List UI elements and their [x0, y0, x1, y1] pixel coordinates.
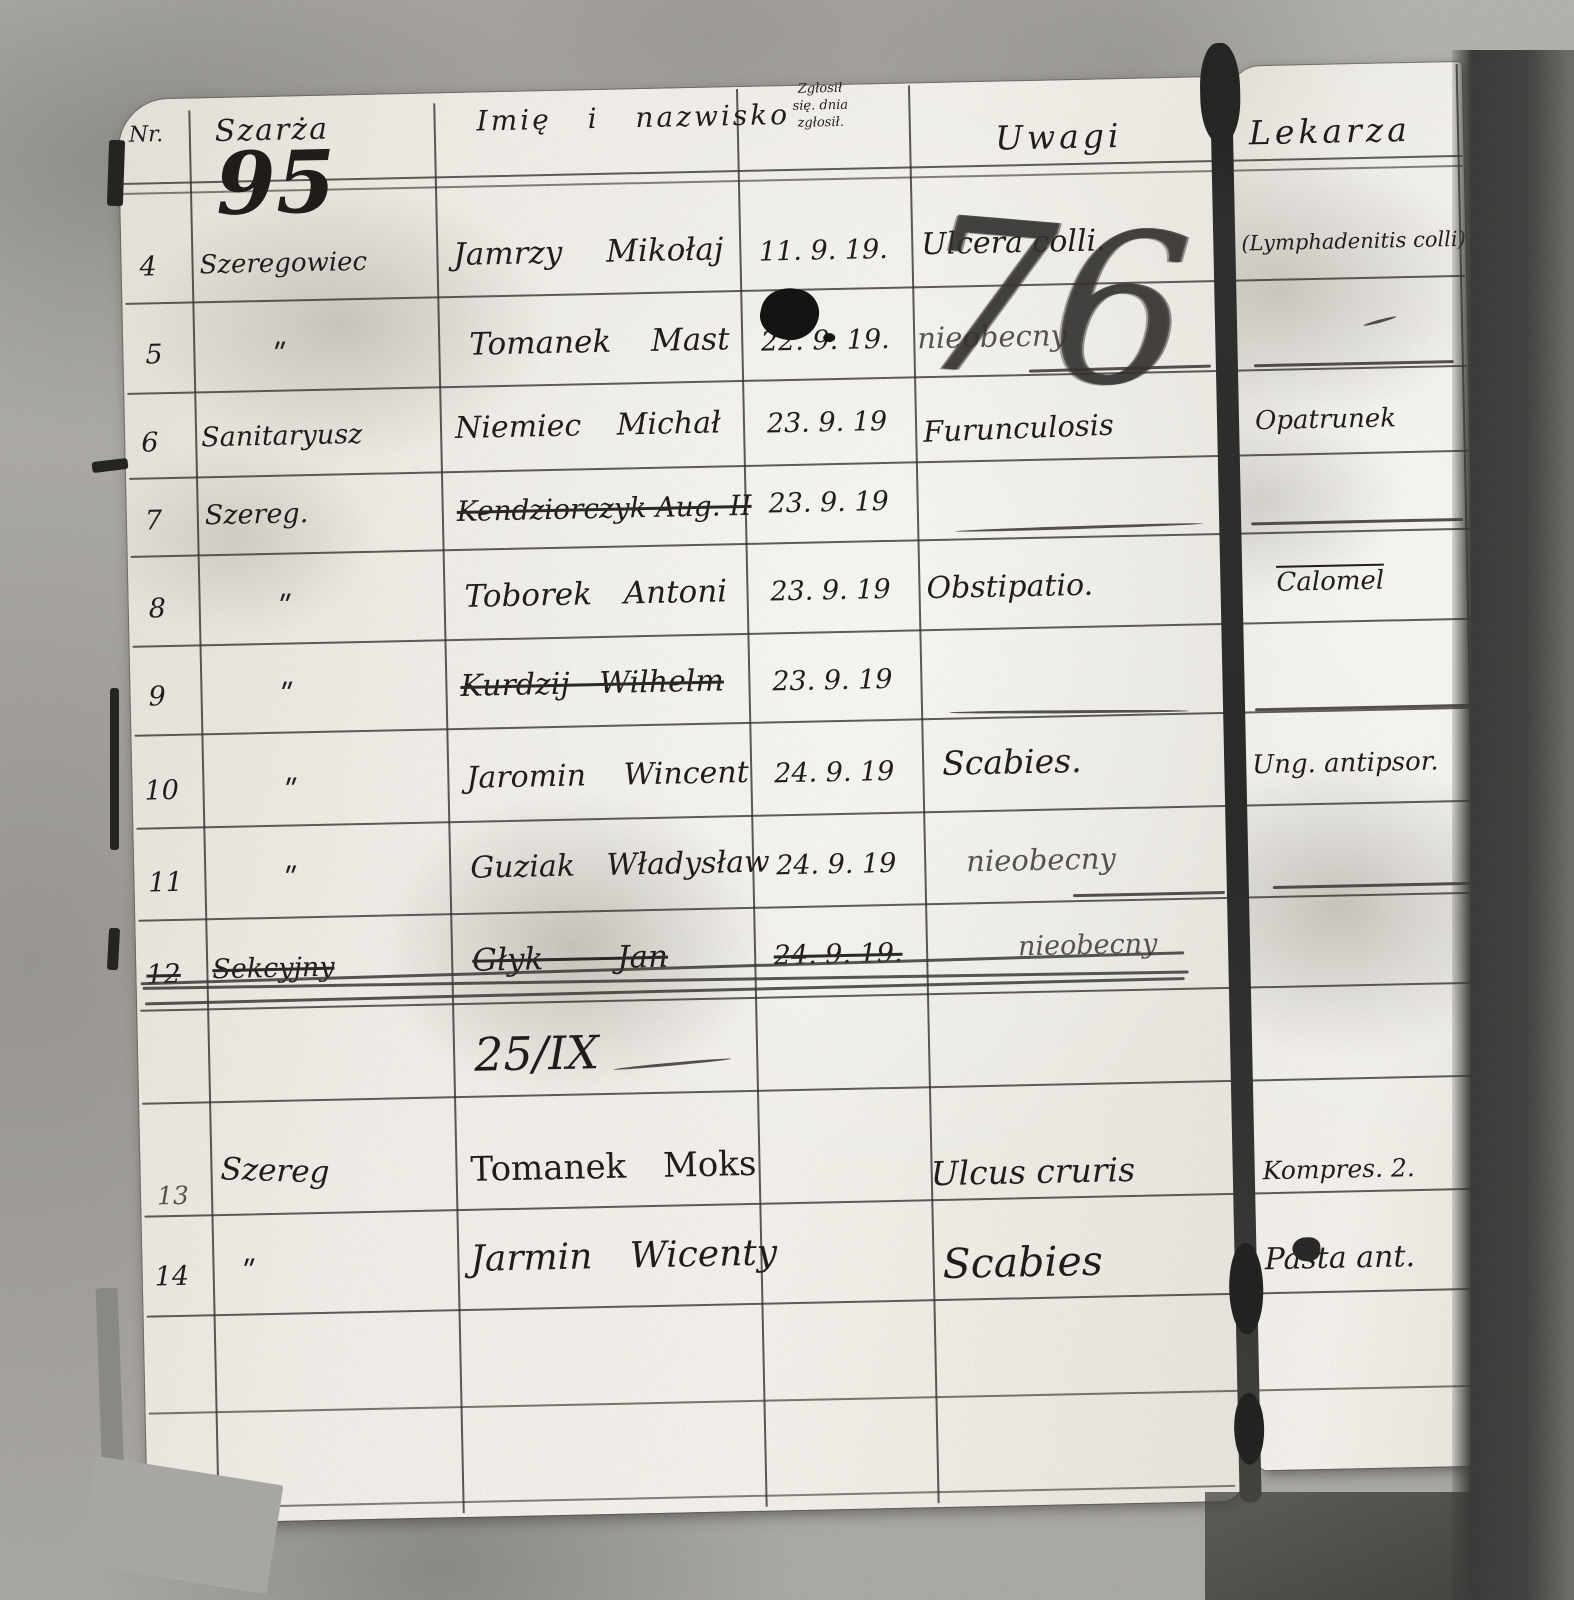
row-10-name: Jaromin Wincent: [466, 757, 749, 794]
row-14-name: Jarmin Wicenty: [470, 1234, 777, 1278]
row-4-treatment: (Lymphadenitis colli): [1241, 228, 1466, 255]
row-9-date: 23. 9. 19: [752, 665, 913, 697]
row-10-remarks: Scabies.: [942, 744, 1082, 782]
row-4-date: 11. 9. 19.: [743, 236, 904, 268]
row-6-name: Niemiec Michał: [455, 407, 721, 444]
row-5-name: Tomanek Mast: [469, 323, 730, 361]
row-8-treatment: Calomel: [1276, 568, 1384, 598]
row-10-date: 24. 9. 19: [754, 757, 915, 789]
page-edge-mark-2: [107, 140, 125, 207]
row-13-remarks: Ulcus cruris: [930, 1153, 1135, 1192]
page-edge-mark-4: [107, 928, 120, 971]
row-4-rank: Szeregowiec: [199, 249, 367, 280]
row-9-nr: 9: [148, 683, 166, 712]
ledger-page: Nr. Szarża Imię i nazwisko Zgłosił się. …: [118, 68, 1501, 1576]
row-7-name: Kendziorczyk Aug. II: [456, 491, 751, 527]
interline-note: 25/IX: [474, 1028, 600, 1079]
pencil-scribble: 76: [909, 170, 1198, 439]
row-8-name: Toborek Antoni: [464, 575, 727, 613]
row-10-nr: 10: [144, 777, 179, 806]
row-7-date: 23. 9. 19: [748, 488, 909, 520]
row-8-rank: ʺ: [278, 592, 292, 624]
binding-blot-top: [1199, 43, 1241, 144]
photo-shadow-bottom-right: [1205, 1492, 1485, 1600]
header-col-nr: Nr.: [129, 123, 164, 147]
row-11-rank: ʺ: [284, 864, 298, 896]
row-11-name: Guziak Władysław: [470, 847, 770, 885]
row-11-nr: 11: [148, 869, 183, 898]
row-11-date: 24. 9. 19: [756, 849, 917, 881]
header-col-date: Zgłosił się. dnia zgłosił.: [738, 80, 903, 134]
row-8-nr: 8: [148, 595, 166, 624]
row-14-treatment: Pasta ant.: [1264, 1241, 1415, 1276]
row-9-rank: ʺ: [280, 680, 294, 712]
row-7-rank: Szereg.: [205, 500, 309, 531]
page-edge-mark-3: [110, 688, 119, 850]
row-12-date: 24. 9. 19.: [758, 939, 919, 971]
row-11-remarks: nieobecny: [966, 843, 1116, 877]
row-6-date: 23. 9. 19: [747, 408, 908, 440]
row-6-treatment: Opatrunek: [1255, 405, 1397, 435]
row-7-nr: 7: [145, 507, 163, 536]
row-5-nr: 5: [145, 341, 163, 370]
register-photo: Nr. Szarża Imię i nazwisko Zgłosił się. …: [0, 0, 1574, 1600]
page-edge-mark-1: [91, 458, 128, 473]
header-col-date-line3: zgłosił.: [739, 113, 903, 133]
row-13-name: Tomanek Moks: [470, 1147, 756, 1189]
row-10-rank: ʺ: [284, 776, 298, 808]
row-10-treatment: Ung. antipsor.: [1252, 748, 1439, 779]
page-number: 95: [215, 137, 337, 230]
row-14-nr: 14: [154, 1263, 189, 1292]
photo-shadow-band: [1452, 50, 1574, 1600]
row-6-nr: 6: [141, 429, 159, 458]
row-9-name: Kurdzij Wilhelm: [460, 665, 724, 702]
row-5-rank: ʺ: [273, 341, 287, 373]
row-13-rank: Szereg: [220, 1153, 330, 1189]
row-14-rank: ʺ: [242, 1257, 256, 1289]
row-6-rank: Sanitaryusz: [201, 421, 363, 453]
row-8-remarks: Obstipatio.: [926, 570, 1093, 605]
row-13-nr: 13: [157, 1183, 189, 1210]
row-4-nr: 4: [139, 253, 157, 282]
ink-blot-row14: [1292, 1237, 1320, 1262]
row-8-date: 23. 9. 19: [750, 576, 911, 608]
row-14-remarks: Scabies: [942, 1240, 1103, 1286]
row-4-name: Jamrzy Mikołaj: [453, 233, 724, 271]
row-13-treatment: Kompres. 2.: [1262, 1155, 1415, 1184]
